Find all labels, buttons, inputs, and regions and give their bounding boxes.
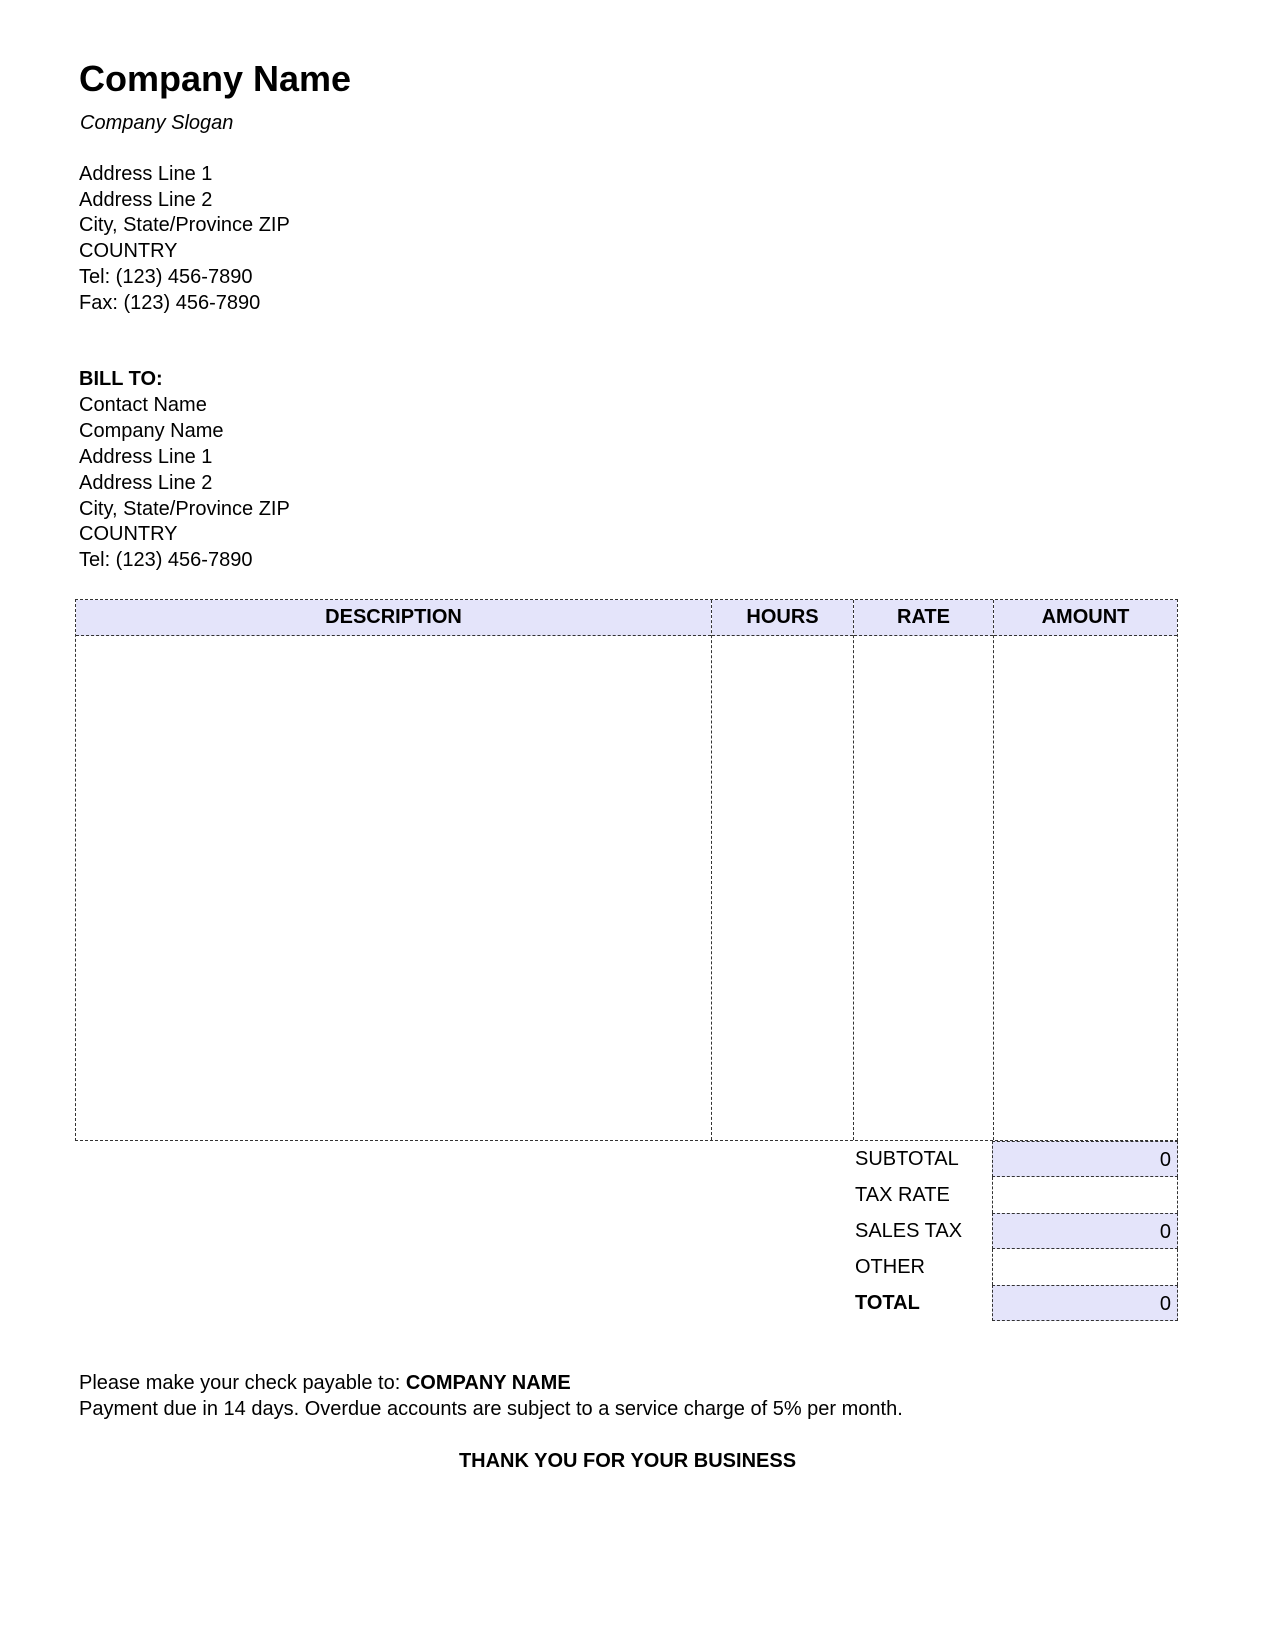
company-slogan: Company Slogan xyxy=(80,110,233,136)
bill-to-block: BILL TO: Contact Name Company Name Addre… xyxy=(79,367,290,574)
bill-to-address-line-1: Address Line 1 xyxy=(79,445,290,471)
company-name: Company Name xyxy=(79,57,351,101)
other-value xyxy=(992,1249,1178,1285)
bill-to-tel: Tel: (123) 456-7890 xyxy=(79,548,290,574)
payment-instructions: Please make your check payable to: COMPA… xyxy=(79,1370,903,1422)
bill-to-city-state-zip: City, State/Province ZIP xyxy=(79,497,290,523)
bill-to-country: COUNTRY xyxy=(79,522,290,548)
totals-row-other: OTHER xyxy=(855,1249,1178,1285)
total-value: 0 xyxy=(992,1285,1178,1321)
column-amount: AMOUNT xyxy=(993,600,1177,1140)
bill-to-title: BILL TO: xyxy=(79,367,290,393)
company-address: Address Line 1 Address Line 2 City, Stat… xyxy=(79,162,290,316)
column-description: DESCRIPTION xyxy=(76,600,711,1140)
total-label: TOTAL xyxy=(855,1285,920,1321)
totals-row-total: TOTAL 0 xyxy=(855,1285,1178,1321)
sales-tax-label: SALES TAX xyxy=(855,1213,962,1249)
bill-to-company: Company Name xyxy=(79,419,290,445)
totals-block: SUBTOTAL 0 TAX RATE SALES TAX 0 OTHER TO… xyxy=(855,1141,1178,1321)
company-city-state-zip: City, State/Province ZIP xyxy=(79,213,290,239)
subtotal-value: 0 xyxy=(992,1141,1178,1177)
company-tel: Tel: (123) 456-7890 xyxy=(79,265,290,291)
payment-terms: Payment due in 14 days. Overdue accounts… xyxy=(79,1396,903,1422)
column-rate: RATE xyxy=(853,600,993,1140)
column-header-hours: HOURS xyxy=(712,600,853,636)
company-address-line-1: Address Line 1 xyxy=(79,162,290,188)
company-fax: Fax: (123) 456-7890 xyxy=(79,291,290,317)
payable-prefix: Please make your check payable to: xyxy=(79,1372,406,1394)
payable-company-name: COMPANY NAME xyxy=(406,1372,571,1394)
payable-line: Please make your check payable to: COMPA… xyxy=(79,1370,903,1396)
totals-row-tax-rate: TAX RATE xyxy=(855,1177,1178,1213)
bill-to-address-line-2: Address Line 2 xyxy=(79,471,290,497)
tax-rate-label: TAX RATE xyxy=(855,1177,950,1213)
totals-row-sales-tax: SALES TAX 0 xyxy=(855,1213,1178,1249)
items-table: DESCRIPTION HOURS RATE AMOUNT xyxy=(75,599,1178,1141)
column-header-rate: RATE xyxy=(854,600,993,636)
bill-to-contact: Contact Name xyxy=(79,393,290,419)
column-hours: HOURS xyxy=(711,600,853,1140)
subtotal-label: SUBTOTAL xyxy=(855,1141,959,1177)
tax-rate-value xyxy=(992,1177,1178,1213)
totals-row-subtotal: SUBTOTAL 0 xyxy=(855,1141,1178,1177)
other-label: OTHER xyxy=(855,1249,925,1285)
company-address-line-2: Address Line 2 xyxy=(79,188,290,214)
sales-tax-value: 0 xyxy=(992,1213,1178,1249)
column-header-description: DESCRIPTION xyxy=(76,600,711,636)
column-header-amount: AMOUNT xyxy=(994,600,1177,636)
company-country: COUNTRY xyxy=(79,239,290,265)
thank-you-message: THANK YOU FOR YOUR BUSINESS xyxy=(0,1448,1255,1474)
